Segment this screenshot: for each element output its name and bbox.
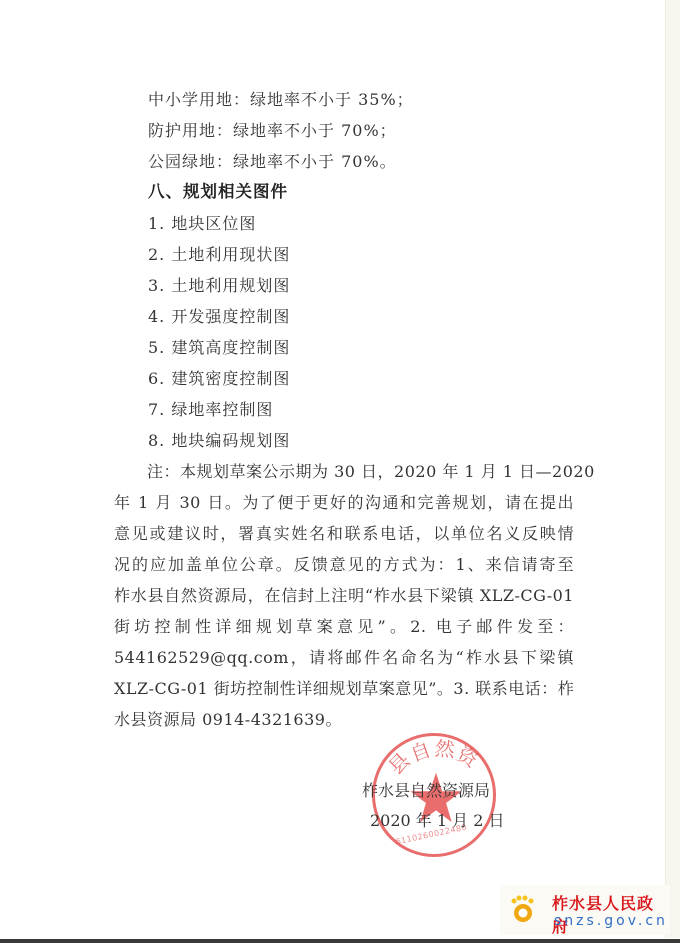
attachment-item: 3. 土地利用规划图 [148,276,290,296]
attachment-item: 4. 开发强度控制图 [148,307,290,327]
note-line: XLZ-CG-01 街坊控制性详细规划草案意见”。3. 联系电话：柞 [114,673,574,704]
note-line: 况的应加盖单位公章。反馈意见的方式为：1、来信请寄至 [114,549,574,580]
note-line: 水县资源局 0914-4321639。 [114,704,574,735]
seal-char: 然 [434,732,456,763]
attachment-item: 8. 地块编码规划图 [148,431,290,451]
note-line: 意见或建议时，署真实姓名和联系电话，以单位名义反映情 [114,518,574,549]
attachment-item: 1. 地块区位图 [148,214,256,234]
attachment-item: 6. 建筑密度控制图 [148,369,290,389]
scan-bottom-edge [0,939,680,943]
note-line: 544162529@qq.com，请将邮件名命名为“柞水县下梁镇 [114,642,574,673]
note-line: 柞水县自然资源局，在信封上注明“柞水县下梁镇 XLZ-CG-01 [114,580,574,611]
note-line: 街坊控制性详细规划草案意见”。2. 电子邮件发至： [114,611,574,642]
watermark-url: snzs.gov.cn [554,913,668,929]
site-watermark: 柞水县人民政府 snzs.gov.cn [500,885,670,935]
scan-edge-strip [665,0,680,938]
attachment-item: 5. 建筑高度控制图 [148,338,290,358]
greening-rate-school: 中小学用地：绿地率不小于 35%； [148,90,414,110]
signature-date: 2020 年 1 月 2 日 [370,808,505,831]
greening-rate-park: 公园绿地：绿地率不小于 70%。 [148,152,397,172]
note-line: 注：本规划草案公示期为 30 日，2020 年 1 月 1 日—2020 [114,456,574,487]
attachment-item: 2. 土地利用现状图 [148,245,290,265]
signature-organization: 柞水县自然资源局 [362,778,490,801]
greening-rate-protective: 防护用地：绿地率不小于 70%； [148,121,397,141]
note-paragraph: 注：本规划草案公示期为 30 日，2020 年 1 月 1 日—2020 年 1… [114,456,574,735]
attachment-item: 7. 绿地率控制图 [148,400,273,420]
note-line: 年 1 月 30 日。为了便于更好的沟通和完善规划，请在提出 [114,487,574,518]
paw-logo-icon [508,894,538,924]
section-heading: 八、规划相关图件 [148,182,288,202]
